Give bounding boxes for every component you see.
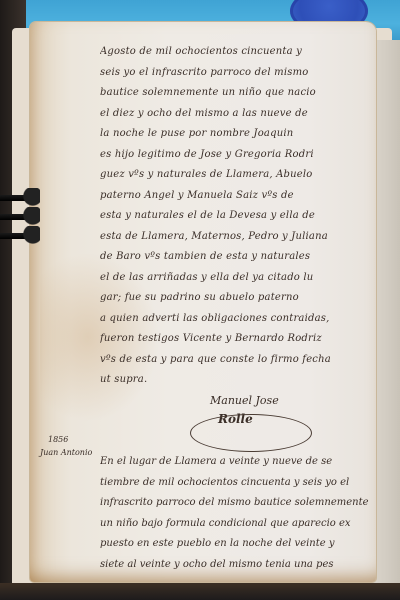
text-line: puesto en este pueblo en la noche del ve…	[100, 534, 370, 555]
margin-year: 1856	[40, 433, 92, 446]
priest-signature: Manuel Jose Rolle	[190, 394, 350, 458]
text-line: esta y naturales el de la Devesa y ella …	[100, 206, 370, 227]
record-paragraph-2: En el lugar de Llamera a veinte y nueve …	[100, 452, 370, 575]
dark-surface-bottom	[0, 583, 400, 600]
margin-name: Juan Antonio	[40, 446, 92, 459]
text-line: de Baro vºs tambien de esta y naturales	[100, 247, 370, 268]
text-line: vºs de esta y para que conste lo firmo f…	[100, 350, 370, 371]
text-line: un niño bajo formula condicional que apa…	[100, 514, 370, 535]
text-line: En el lugar de Llamera a veinte y nueve …	[100, 452, 370, 473]
text-line: seis yo el infrascrito parroco del mismo	[100, 63, 370, 84]
text-line: ut supra.	[100, 370, 370, 391]
text-line: infrascrito parroco del mismo bautice so…	[100, 493, 370, 514]
text-line: la noche le puse por nombre Joaquin	[100, 124, 370, 145]
binder-clip-icon	[0, 188, 40, 206]
text-line: tiembre de mil ochocientos cincuenta y s…	[100, 473, 370, 494]
text-line: gar; fue su padrino su abuelo paterno	[100, 288, 370, 309]
text-line: el diez y ocho del mismo a las nueve de	[100, 104, 370, 125]
signature-name-1: Manuel Jose	[210, 394, 279, 407]
text-line: es hijo legitimo de Jose y Gregoria Rodr…	[100, 145, 370, 166]
margin-note: 1856 Juan Antonio	[40, 433, 92, 459]
text-line: bautice solemnemente un niño que nacio	[100, 83, 370, 104]
text-line: siete al veinte y ocho del mismo tenia u…	[100, 555, 370, 576]
binder-clip-icon	[0, 226, 40, 244]
text-line: el de las arriñadas y ella del ya citado…	[100, 268, 370, 289]
record-paragraph-1: Agosto de mil ochocientos cincuenta y se…	[100, 42, 370, 391]
signature-flourish	[190, 414, 312, 452]
text-line: a quien adverti las obligaciones contrai…	[100, 309, 370, 330]
text-line: esta de Llamera, Maternos, Pedro y Julia…	[100, 227, 370, 248]
text-line: paterno Angel y Manuela Saiz vºs de	[100, 186, 370, 207]
text-line: Agosto de mil ochocientos cincuenta y	[100, 42, 370, 63]
text-line: fueron testigos Vicente y Bernardo Rodri…	[100, 329, 370, 350]
binder-clip-icon	[0, 207, 40, 225]
text-line: guez vºs y naturales de Llamera, Abuelo	[100, 165, 370, 186]
